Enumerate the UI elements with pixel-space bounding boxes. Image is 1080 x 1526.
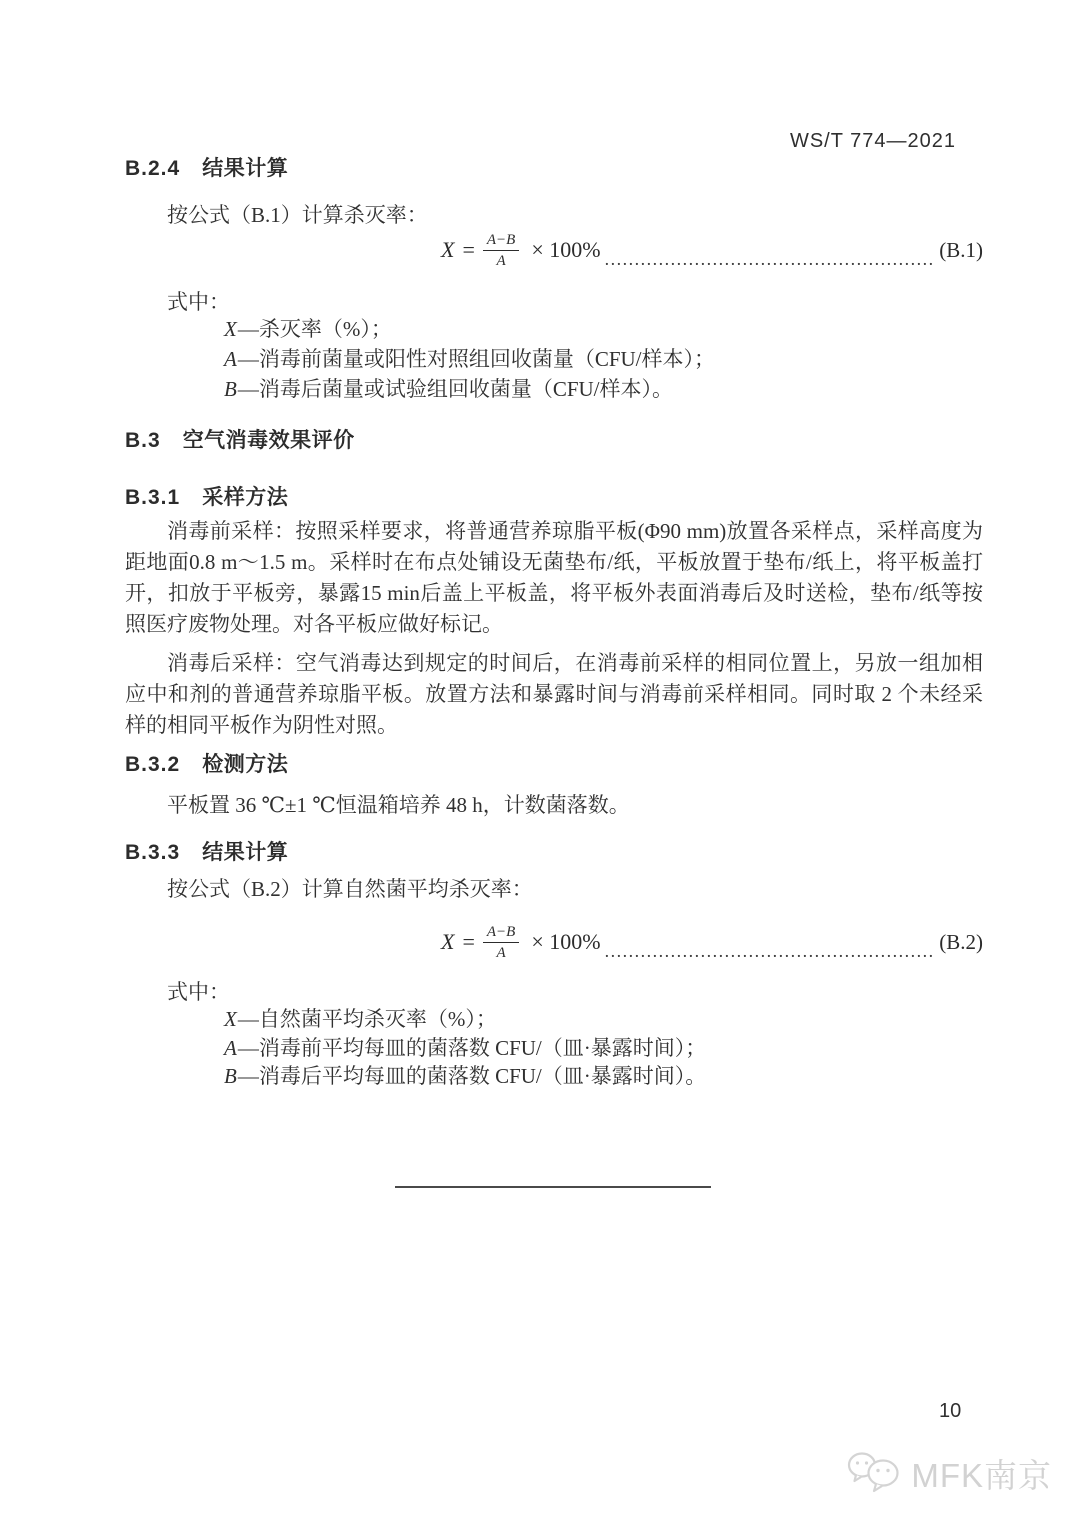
fraction-numerator: A−B <box>483 923 519 943</box>
formula-b1-expression: X = A−B A × 100% <box>441 231 601 270</box>
section-number: B.3 <box>125 429 161 452</box>
b24-definition-a: A—消毒前菌量或阳性对照组回收菌量（CFU/样本）； <box>224 343 715 373</box>
section-heading-b3: B.3空气消毒效果评价 <box>125 424 355 454</box>
equals-sign: = <box>462 237 474 263</box>
fraction-denominator: A <box>497 943 506 962</box>
equals-sign: = <box>462 929 474 955</box>
watermark: MFK南京 <box>845 1448 1052 1499</box>
page-number: 10 <box>939 1400 961 1423</box>
section-heading-b24: B.2.4结果计算 <box>125 152 288 182</box>
b33-definition-a: A—消毒前平均每皿的菌落数 CFU/（皿·暴露时间）； <box>224 1032 706 1062</box>
definition-text: —消毒前平均每皿的菌落数 CFU/（皿·暴露时间）； <box>238 1036 706 1060</box>
section-number: B.3.1 <box>125 486 180 509</box>
b33-definition-x: X—自然菌平均杀灭率（%）； <box>224 1003 497 1033</box>
b31-paragraph-before: 消毒前采样：按照采样要求，将普通营养琼脂平板(Φ90 mm)放置各采样点，采样高… <box>125 516 983 640</box>
b33-where-label: 式中： <box>167 976 230 1006</box>
b32-paragraph: 平板置 36 ℃±1 ℃恒温箱培养 48 h，计数菌落数。 <box>167 789 630 819</box>
fraction-denominator: A <box>497 251 506 270</box>
leader-dots: ........................................… <box>605 244 936 274</box>
symbol: X <box>224 317 237 341</box>
section-title: 结果计算 <box>202 841 288 864</box>
section-title: 结果计算 <box>202 157 288 180</box>
definition-text: —自然菌平均杀灭率（%）； <box>238 1007 497 1031</box>
section-number: B.2.4 <box>125 157 180 180</box>
footnote-rule <box>395 1186 711 1188</box>
section-number: B.3.2 <box>125 753 180 776</box>
symbol: A <box>224 347 237 371</box>
document-page: WS/T 774—2021 B.2.4结果计算 按公式（B.1）计算杀灭率： X… <box>0 0 1080 1526</box>
b33-intro: 按公式（B.2）计算自然菌平均杀灭率： <box>167 873 533 903</box>
standard-code: WS/T 774—2021 <box>790 130 956 153</box>
section-title: 空气消毒效果评价 <box>183 429 355 452</box>
symbol: A <box>224 1036 237 1060</box>
definition-text: —消毒后平均每皿的菌落数 CFU/（皿·暴露时间）。 <box>238 1064 706 1088</box>
section-title: 采样方法 <box>202 486 288 509</box>
b24-definition-x: X—杀灭率（%）； <box>224 313 392 343</box>
formula-suffix: × 100% <box>531 237 600 263</box>
formula-b2: X = A−B A × 100% .......................… <box>125 918 983 966</box>
formula-suffix: × 100% <box>531 929 600 955</box>
section-heading-b33: B.3.3结果计算 <box>125 836 288 866</box>
b24-intro: 按公式（B.1）计算杀灭率： <box>167 199 428 229</box>
formula-b2-label: (B.2) <box>939 930 983 955</box>
section-title: 检测方法 <box>202 753 288 776</box>
fraction-numerator: A−B <box>483 231 519 251</box>
symbol: B <box>224 1064 237 1088</box>
watermark-text: MFK南京 <box>911 1450 1052 1497</box>
section-heading-b32: B.3.2检测方法 <box>125 748 288 778</box>
formula-lhs: X <box>441 929 454 955</box>
fraction: A−B A <box>483 923 519 962</box>
wechat-icon <box>845 1448 903 1499</box>
definition-text: —消毒后菌量或试验组回收菌量（CFU/样本）。 <box>238 377 673 401</box>
fraction: A−B A <box>483 231 519 270</box>
definition-text: —杀灭率（%）； <box>238 317 392 341</box>
section-heading-b31: B.3.1采样方法 <box>125 481 288 511</box>
b24-definition-b: B—消毒后菌量或试验组回收菌量（CFU/样本）。 <box>224 373 673 403</box>
definition-text: —消毒前菌量或阳性对照组回收菌量（CFU/样本）； <box>238 347 715 371</box>
symbol: B <box>224 377 237 401</box>
formula-b1-label: (B.1) <box>939 238 983 263</box>
section-number: B.3.3 <box>125 841 180 864</box>
symbol: X <box>224 1007 237 1031</box>
b33-definition-b: B—消毒后平均每皿的菌落数 CFU/（皿·暴露时间）。 <box>224 1060 706 1090</box>
leader-dots: ........................................… <box>605 936 936 966</box>
formula-b2-expression: X = A−B A × 100% <box>441 923 601 962</box>
b31-paragraph-after: 消毒后采样：空气消毒达到规定的时间后，在消毒前采样的相同位置上，另放一组加相应中… <box>125 648 983 741</box>
formula-lhs: X <box>441 237 454 263</box>
b24-where-label: 式中： <box>167 286 230 316</box>
formula-b1: X = A−B A × 100% .......................… <box>125 226 983 274</box>
